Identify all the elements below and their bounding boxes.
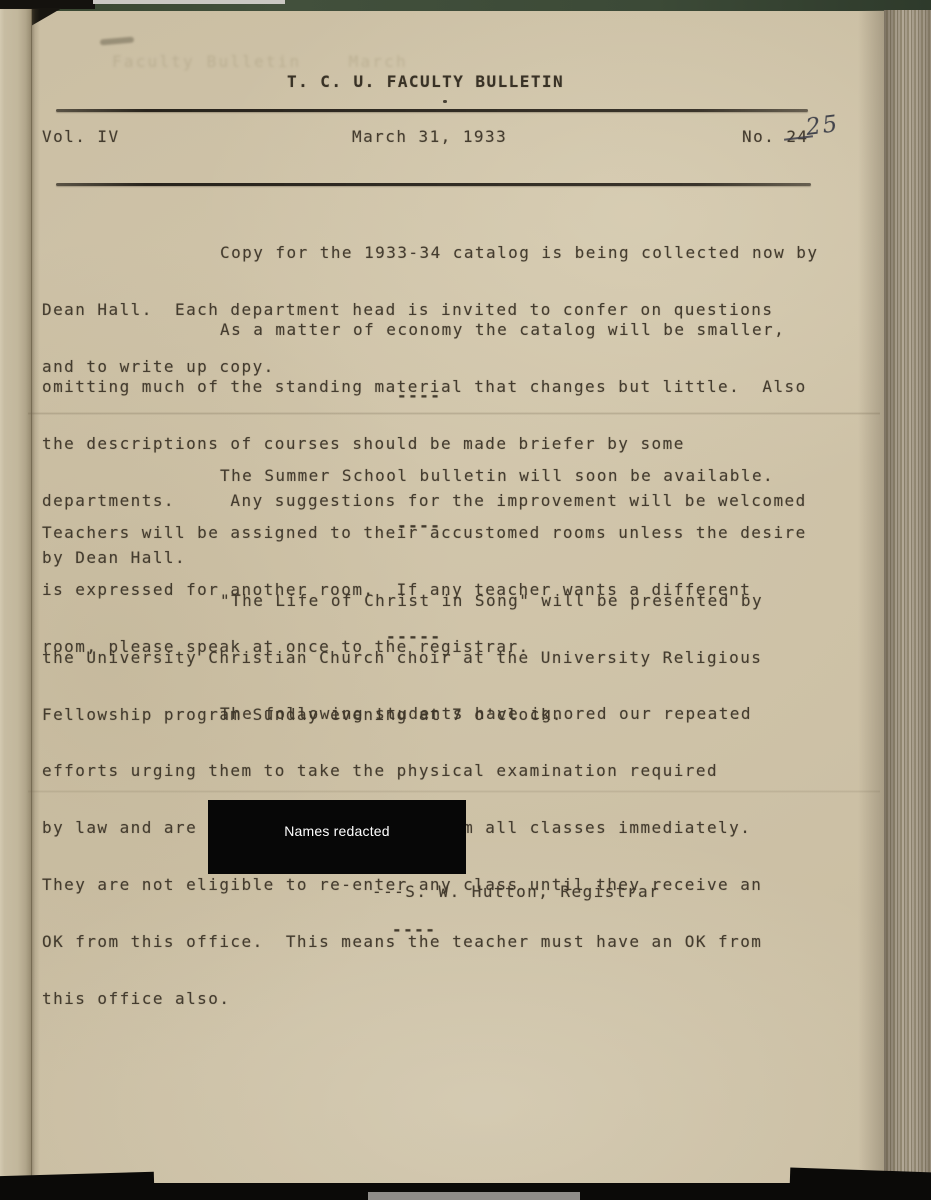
redaction-label: Names redacted <box>208 800 466 840</box>
issue-number-struck: 24 <box>786 127 808 146</box>
typed-line: this office also. <box>42 989 762 1008</box>
typed-line: "The Life of Christ in Song" will be pre… <box>42 591 763 610</box>
masthead-issue-label: No. 24 <box>742 127 809 146</box>
masthead-date: March 31, 1933 <box>352 127 507 146</box>
pencil-mark <box>100 37 134 46</box>
signature-line: ---S. W. Hutton, Registrar <box>372 882 660 901</box>
ink-dot <box>443 100 447 103</box>
dash-separator: ---- <box>397 516 441 535</box>
ghost-bleed-through-text: Faculty Bulletin March <box>112 52 408 71</box>
scan-edge-bottom-gray <box>368 1192 580 1200</box>
gutter-crease-shadow <box>31 9 40 1185</box>
horizontal-rule-bottom <box>56 183 811 186</box>
typed-line: efforts urging them to take the physical… <box>42 761 762 780</box>
page-title: T. C. U. FACULTY BULLETIN <box>287 72 564 91</box>
dash-separator: ----- <box>386 627 441 646</box>
horizontal-rule-top <box>56 109 808 112</box>
scanned-page: Faculty Bulletin March T. C. U. FACULTY … <box>0 0 931 1200</box>
typed-line: the University Christian Church choir at… <box>42 648 763 667</box>
scan-edge-top-black <box>0 0 95 9</box>
book-spine-gutter <box>0 9 32 1185</box>
page-edge-shading <box>858 10 886 1184</box>
typed-line: The following students have ignored our … <box>42 704 762 723</box>
typed-line: The Summer School bulletin will soon be … <box>42 466 807 485</box>
redaction-box: Names redacted <box>208 800 466 874</box>
dash-separator: ---- <box>397 386 441 405</box>
typed-line: Copy for the 1933-34 catalog is being co… <box>42 243 818 262</box>
typed-line: As a matter of economy the catalog will … <box>42 320 807 339</box>
dash-separator: ---- <box>392 920 436 939</box>
masthead-volume: Vol. IV <box>42 127 120 146</box>
issue-number-handwritten: 25 <box>805 113 841 140</box>
page-stack-edge <box>884 10 931 1184</box>
scan-edge-top-gray <box>93 0 285 4</box>
